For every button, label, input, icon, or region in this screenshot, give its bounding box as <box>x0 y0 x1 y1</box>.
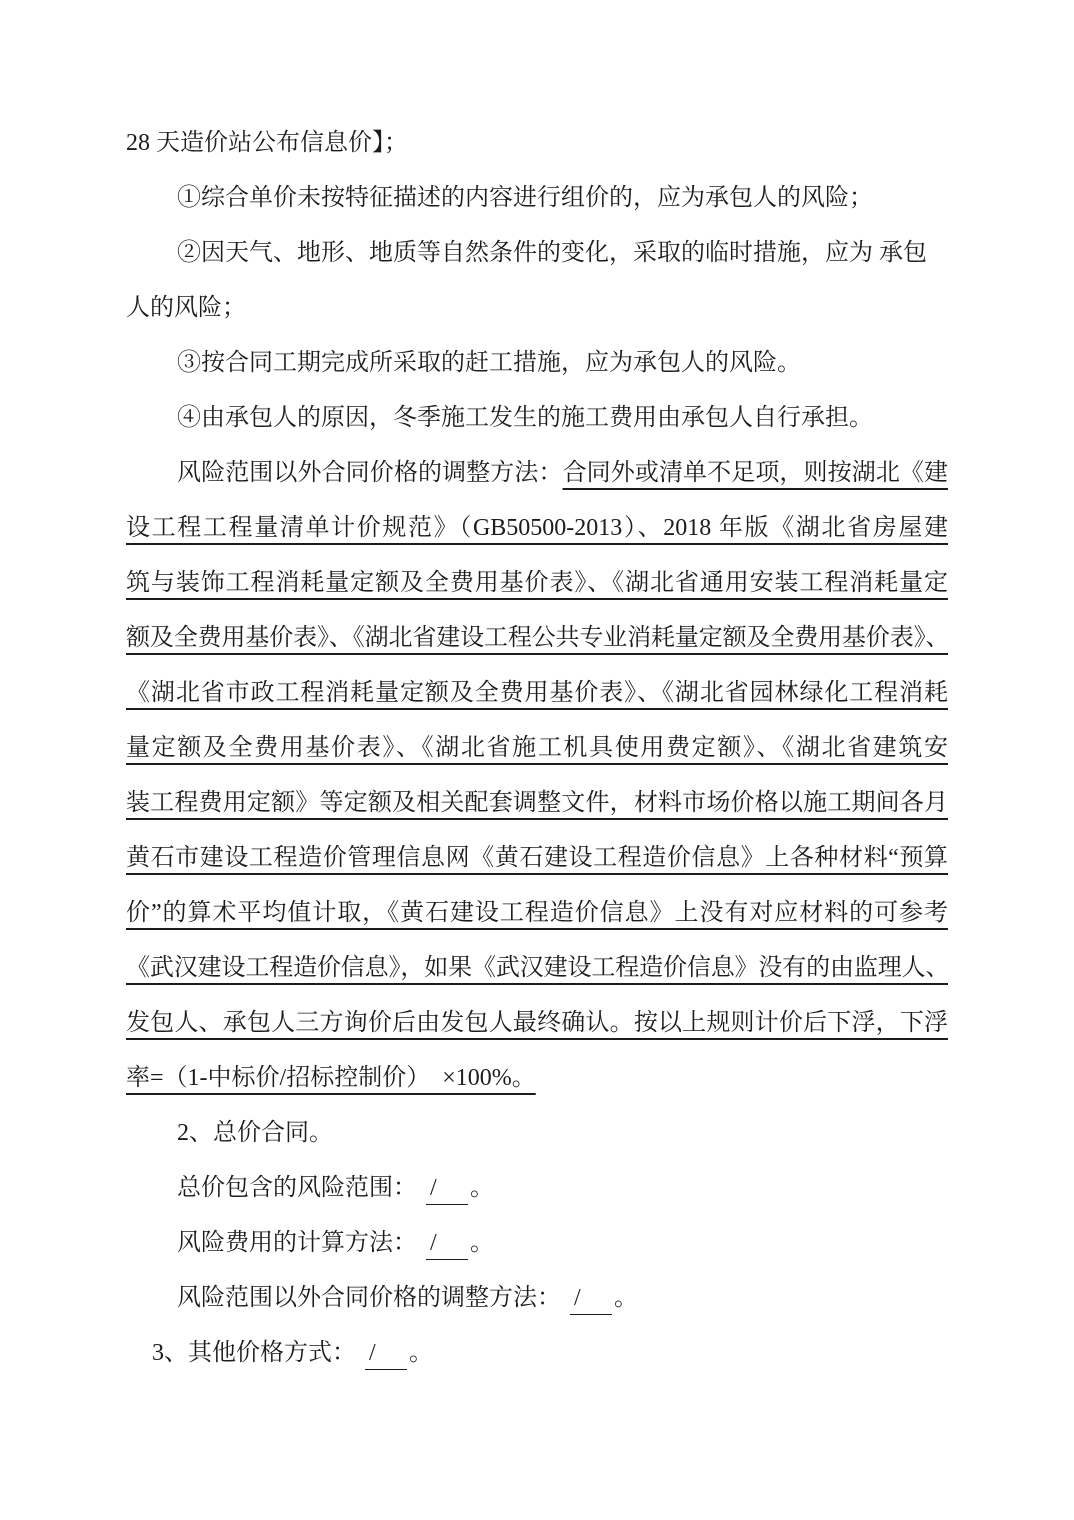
underlined-text: 价”的算术平均值计取，《黄石建设工程造价信息》上没有对应材料的可参考 <box>126 900 948 926</box>
out-of-scope-label: 风险范围以外合同价格的调整方法： <box>177 1285 561 1311</box>
underlined-text: 黄石市建设工程造价管理信息网《黄石建设工程造价信息》上各种材料“预算 <box>126 845 948 871</box>
underlined-text: 《武汉建设工程造价信息》，如果《武汉建设工程造价信息》没有的由监理人、 <box>126 955 948 981</box>
adjustment-method-underlined-text: 合同外或清单不足项，则按湖北《建 <box>563 460 948 486</box>
underlined-text: 《湖北省市政工程消耗量定额及全费用基价表》、《湖北省园林绿化工程消耗 <box>126 680 948 706</box>
para-adjustment-method-line-10: 《武汉建设工程造价信息》，如果《武汉建设工程造价信息》没有的由监理人、 <box>126 941 948 996</box>
fill-in-blank: / <box>365 1336 407 1370</box>
period: 。 <box>470 1230 494 1256</box>
clause-item-1: ①综合单价未按特征描述的内容进行组价的，应为承包人的风险； <box>126 171 948 226</box>
line-out-of-scope-adjustment: 风险范围以外合同价格的调整方法：/。 <box>126 1271 948 1326</box>
clause-item-2: ②因天气、地形、地质等自然条件的变化，采取的临时措施，应为 承包 <box>126 226 948 281</box>
document-content: 28 天造价站公布信息价】； ①综合单价未按特征描述的内容进行组价的，应为承包人… <box>126 116 948 1381</box>
para-adjustment-method-line-9: 价”的算术平均值计取，《黄石建设工程造价信息》上没有对应材料的可参考 <box>126 886 948 941</box>
blank-slash: / <box>430 1175 437 1201</box>
line-lump-sum-risk-scope: 总价包含的风险范围：/。 <box>126 1161 948 1216</box>
para-adjustment-method-line-3: 筑与装饰工程消耗量定额及全费用基价表》、《湖北省通用安装工程消耗量定 <box>126 556 948 611</box>
underlined-text: 装工程费用定额》等定额及相关配套调整文件，材料市场价格以施工期间各月 <box>126 790 948 816</box>
adjustment-method-label: 风险范围以外合同价格的调整方法： <box>177 460 563 486</box>
risk-scope-label: 总价包含的风险范围： <box>177 1175 417 1201</box>
para-adjustment-method-formula: 率=（1-中标价/招标控制价） ×100%。 <box>126 1051 948 1106</box>
clause-other-price-method: 3、其他价格方式：/。 <box>126 1326 948 1381</box>
blank-slash: / <box>574 1285 581 1311</box>
para-adjustment-method-line-6: 量定额及全费用基价表》、《湖北省施工机具使用费定额》、《湖北省建筑安 <box>126 721 948 776</box>
para-adjustment-method-line-8: 黄石市建设工程造价管理信息网《黄石建设工程造价信息》上各种材料“预算 <box>126 831 948 886</box>
period: 。 <box>614 1285 638 1311</box>
underlined-text: 额及全费用基价表》、《湖北省建设工程公共专业消耗量定额及全费用基价表》、 <box>126 625 948 651</box>
underlined-text: 设工程工程量清单计价规范》（GB50500-2013）、2018 年版《湖北省房… <box>126 515 948 541</box>
para-adjustment-method-line-7: 装工程费用定额》等定额及相关配套调整文件，材料市场价格以施工期间各月 <box>126 776 948 831</box>
risk-fee-label: 风险费用的计算方法： <box>177 1230 417 1256</box>
para-adjustment-method-line-11: 发包人、承包人三方询价后由发包人最终确认。按以上规则计价后下浮，下浮 <box>126 996 948 1051</box>
line-info-price-tail: 28 天造价站公布信息价】； <box>126 116 948 171</box>
clause-lump-sum-contract: 2、总价合同。 <box>126 1106 948 1161</box>
document-page: 28 天造价站公布信息价】； ①综合单价未按特征描述的内容进行组价的，应为承包人… <box>0 0 1074 1520</box>
clause-item-2-continuation: 人的风险； <box>126 281 948 336</box>
clause-item-4: ④由承包人的原因，冬季施工发生的施工费用由承包人自行承担。 <box>126 391 948 446</box>
other-price-label: 3、其他价格方式： <box>152 1340 356 1366</box>
para-adjustment-method-line-5: 《湖北省市政工程消耗量定额及全费用基价表》、《湖北省园林绿化工程消耗 <box>126 666 948 721</box>
underlined-text: 量定额及全费用基价表》、《湖北省施工机具使用费定额》、《湖北省建筑安 <box>126 735 948 761</box>
period: 。 <box>470 1175 494 1201</box>
blank-slash: / <box>430 1230 437 1256</box>
para-adjustment-method-line-2: 设工程工程量清单计价规范》（GB50500-2013）、2018 年版《湖北省房… <box>126 501 948 556</box>
fill-in-blank: / <box>426 1226 468 1260</box>
underlined-text: 发包人、承包人三方询价后由发包人最终确认。按以上规则计价后下浮，下浮 <box>126 1010 948 1036</box>
line-risk-fee-method: 风险费用的计算方法：/。 <box>126 1216 948 1271</box>
fill-in-blank: / <box>426 1171 468 1205</box>
underlined-text: 筑与装饰工程消耗量定额及全费用基价表》、《湖北省通用安装工程消耗量定 <box>126 570 948 596</box>
downward-rate-formula: 率=（1-中标价/招标控制价） ×100%。 <box>126 1065 536 1091</box>
clause-item-3: ③按合同工期完成所采取的赶工措施，应为承包人的风险。 <box>126 336 948 391</box>
para-adjustment-method-start: 风险范围以外合同价格的调整方法：合同外或清单不足项，则按湖北《建 <box>126 446 948 501</box>
fill-in-blank: / <box>570 1281 612 1315</box>
period: 。 <box>409 1340 433 1366</box>
para-adjustment-method-line-4: 额及全费用基价表》、《湖北省建设工程公共专业消耗量定额及全费用基价表》、 <box>126 611 948 666</box>
blank-slash: / <box>369 1340 376 1366</box>
